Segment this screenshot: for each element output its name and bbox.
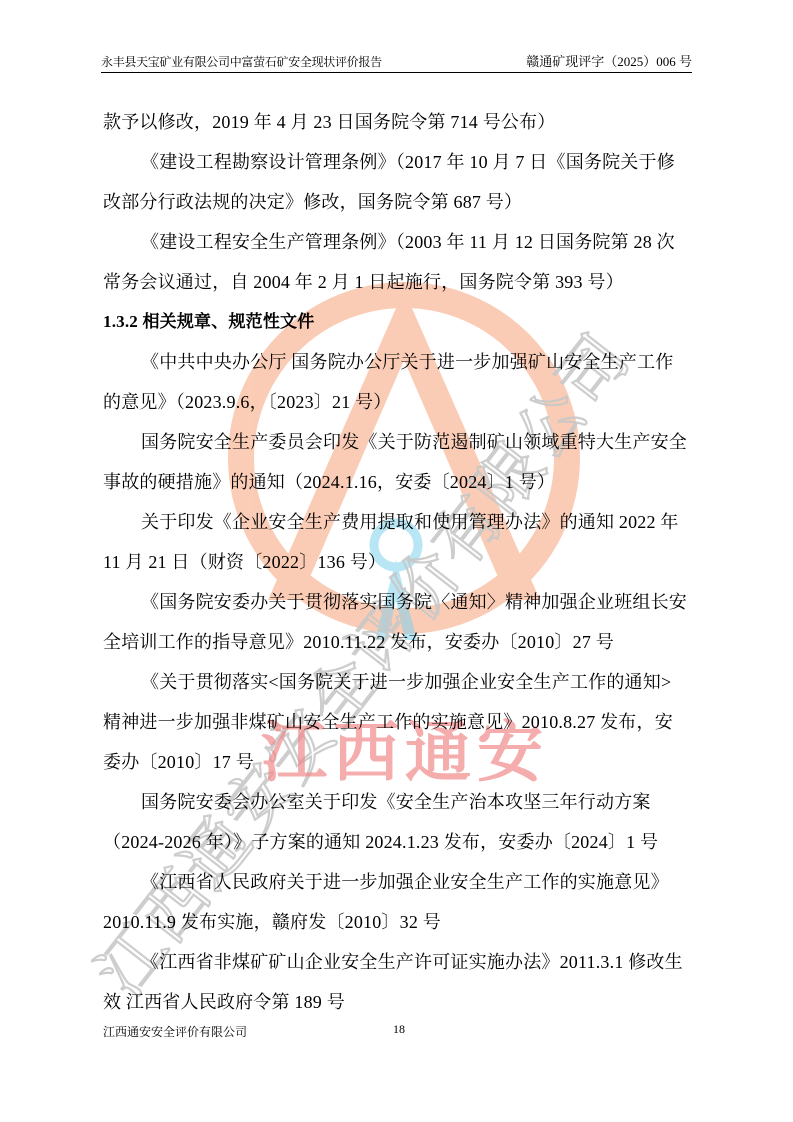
body-text-line: 事故的硬措施》的通知（2024.1.16，安委〔2024〕1 号）: [103, 462, 691, 502]
document-body: 款予以修改，2019 年 4 月 23 日国务院令第 714 号公布）《建设工程…: [103, 102, 691, 1022]
body-text-line: 2010.11.9 发布实施，赣府发〔2010〕32 号: [103, 902, 691, 942]
body-text-line: 全培训工作的指导意见》2010.11.22 发布，安委办〔2010〕27 号: [103, 622, 691, 662]
body-text-line: 精神进一步加强非煤矿山安全生产工作的实施意见》2010.8.27 发布，安: [103, 702, 691, 742]
body-text-line: 《中共中央办公厅 国务院办公厅关于进一步加强矿山安全生产工作: [103, 342, 691, 382]
body-text-line: 常务会议通过，自 2004 年 2 月 1 日起施行，国务院令第 393 号）: [103, 262, 691, 302]
body-text-line: 效 江西省人民政府令第 189 号: [103, 982, 691, 1022]
body-text-line: 款予以修改，2019 年 4 月 23 日国务院令第 714 号公布）: [103, 102, 691, 142]
body-text-line: 《江西省非煤矿矿山企业安全生产许可证实施办法》2011.3.1 修改生: [103, 942, 691, 982]
body-text-line: 改部分行政法规的决定》修改，国务院令第 687 号）: [103, 182, 691, 222]
body-text-line: 《建设工程勘察设计管理条例》（2017 年 10 月 7 日《国务院关于修: [103, 142, 691, 182]
report-title: 永丰县天宝矿业有限公司中富萤石矿安全现状评价报告: [101, 54, 382, 70]
body-text-line: 关于印发《企业安全生产费用提取和使用管理办法》的通知 2022 年: [103, 502, 691, 542]
footer-company: 江西通安安全评价有限公司: [103, 1023, 247, 1040]
body-text-line: 《关于贯彻落实<国务院关于进一步加强企业安全生产工作的通知>: [103, 662, 691, 702]
body-text-line: 11 月 21 日（财资〔2022〕136 号）: [103, 542, 691, 582]
section-heading: 1.3.2 相关规章、规范性文件: [103, 302, 691, 342]
body-text-line: 国务院安全生产委员会印发《关于防范遏制矿山领域重特大生产安全: [103, 422, 691, 462]
body-text-line: 《建设工程安全生产管理条例》（2003 年 11 月 12 日国务院第 28 次: [103, 222, 691, 262]
page-number: 18: [393, 1022, 405, 1037]
body-text-line: 国务院安委会办公室关于印发《安全生产治本攻坚三年行动方案: [103, 782, 691, 822]
document-number: 赣通矿现评字（2025）006 号: [526, 54, 692, 70]
body-text-line: 《国务院安委办关于贯彻落实国务院〈通知〉精神加强企业班组长安: [103, 582, 691, 622]
body-text-line: （2024-2026 年）》子方案的通知 2024.1.23 发布，安委办〔20…: [103, 822, 691, 862]
page-header: 永丰县天宝矿业有限公司中富萤石矿安全现状评价报告 赣通矿现评字（2025）006…: [101, 54, 692, 73]
body-text-line: 的意见》（2023.9.6，〔2023〕21 号）: [103, 382, 691, 422]
body-text-line: 委办〔2010〕17 号: [103, 742, 691, 782]
body-text-line: 《江西省人民政府关于进一步加强企业安全生产工作的实施意见》: [103, 862, 691, 902]
